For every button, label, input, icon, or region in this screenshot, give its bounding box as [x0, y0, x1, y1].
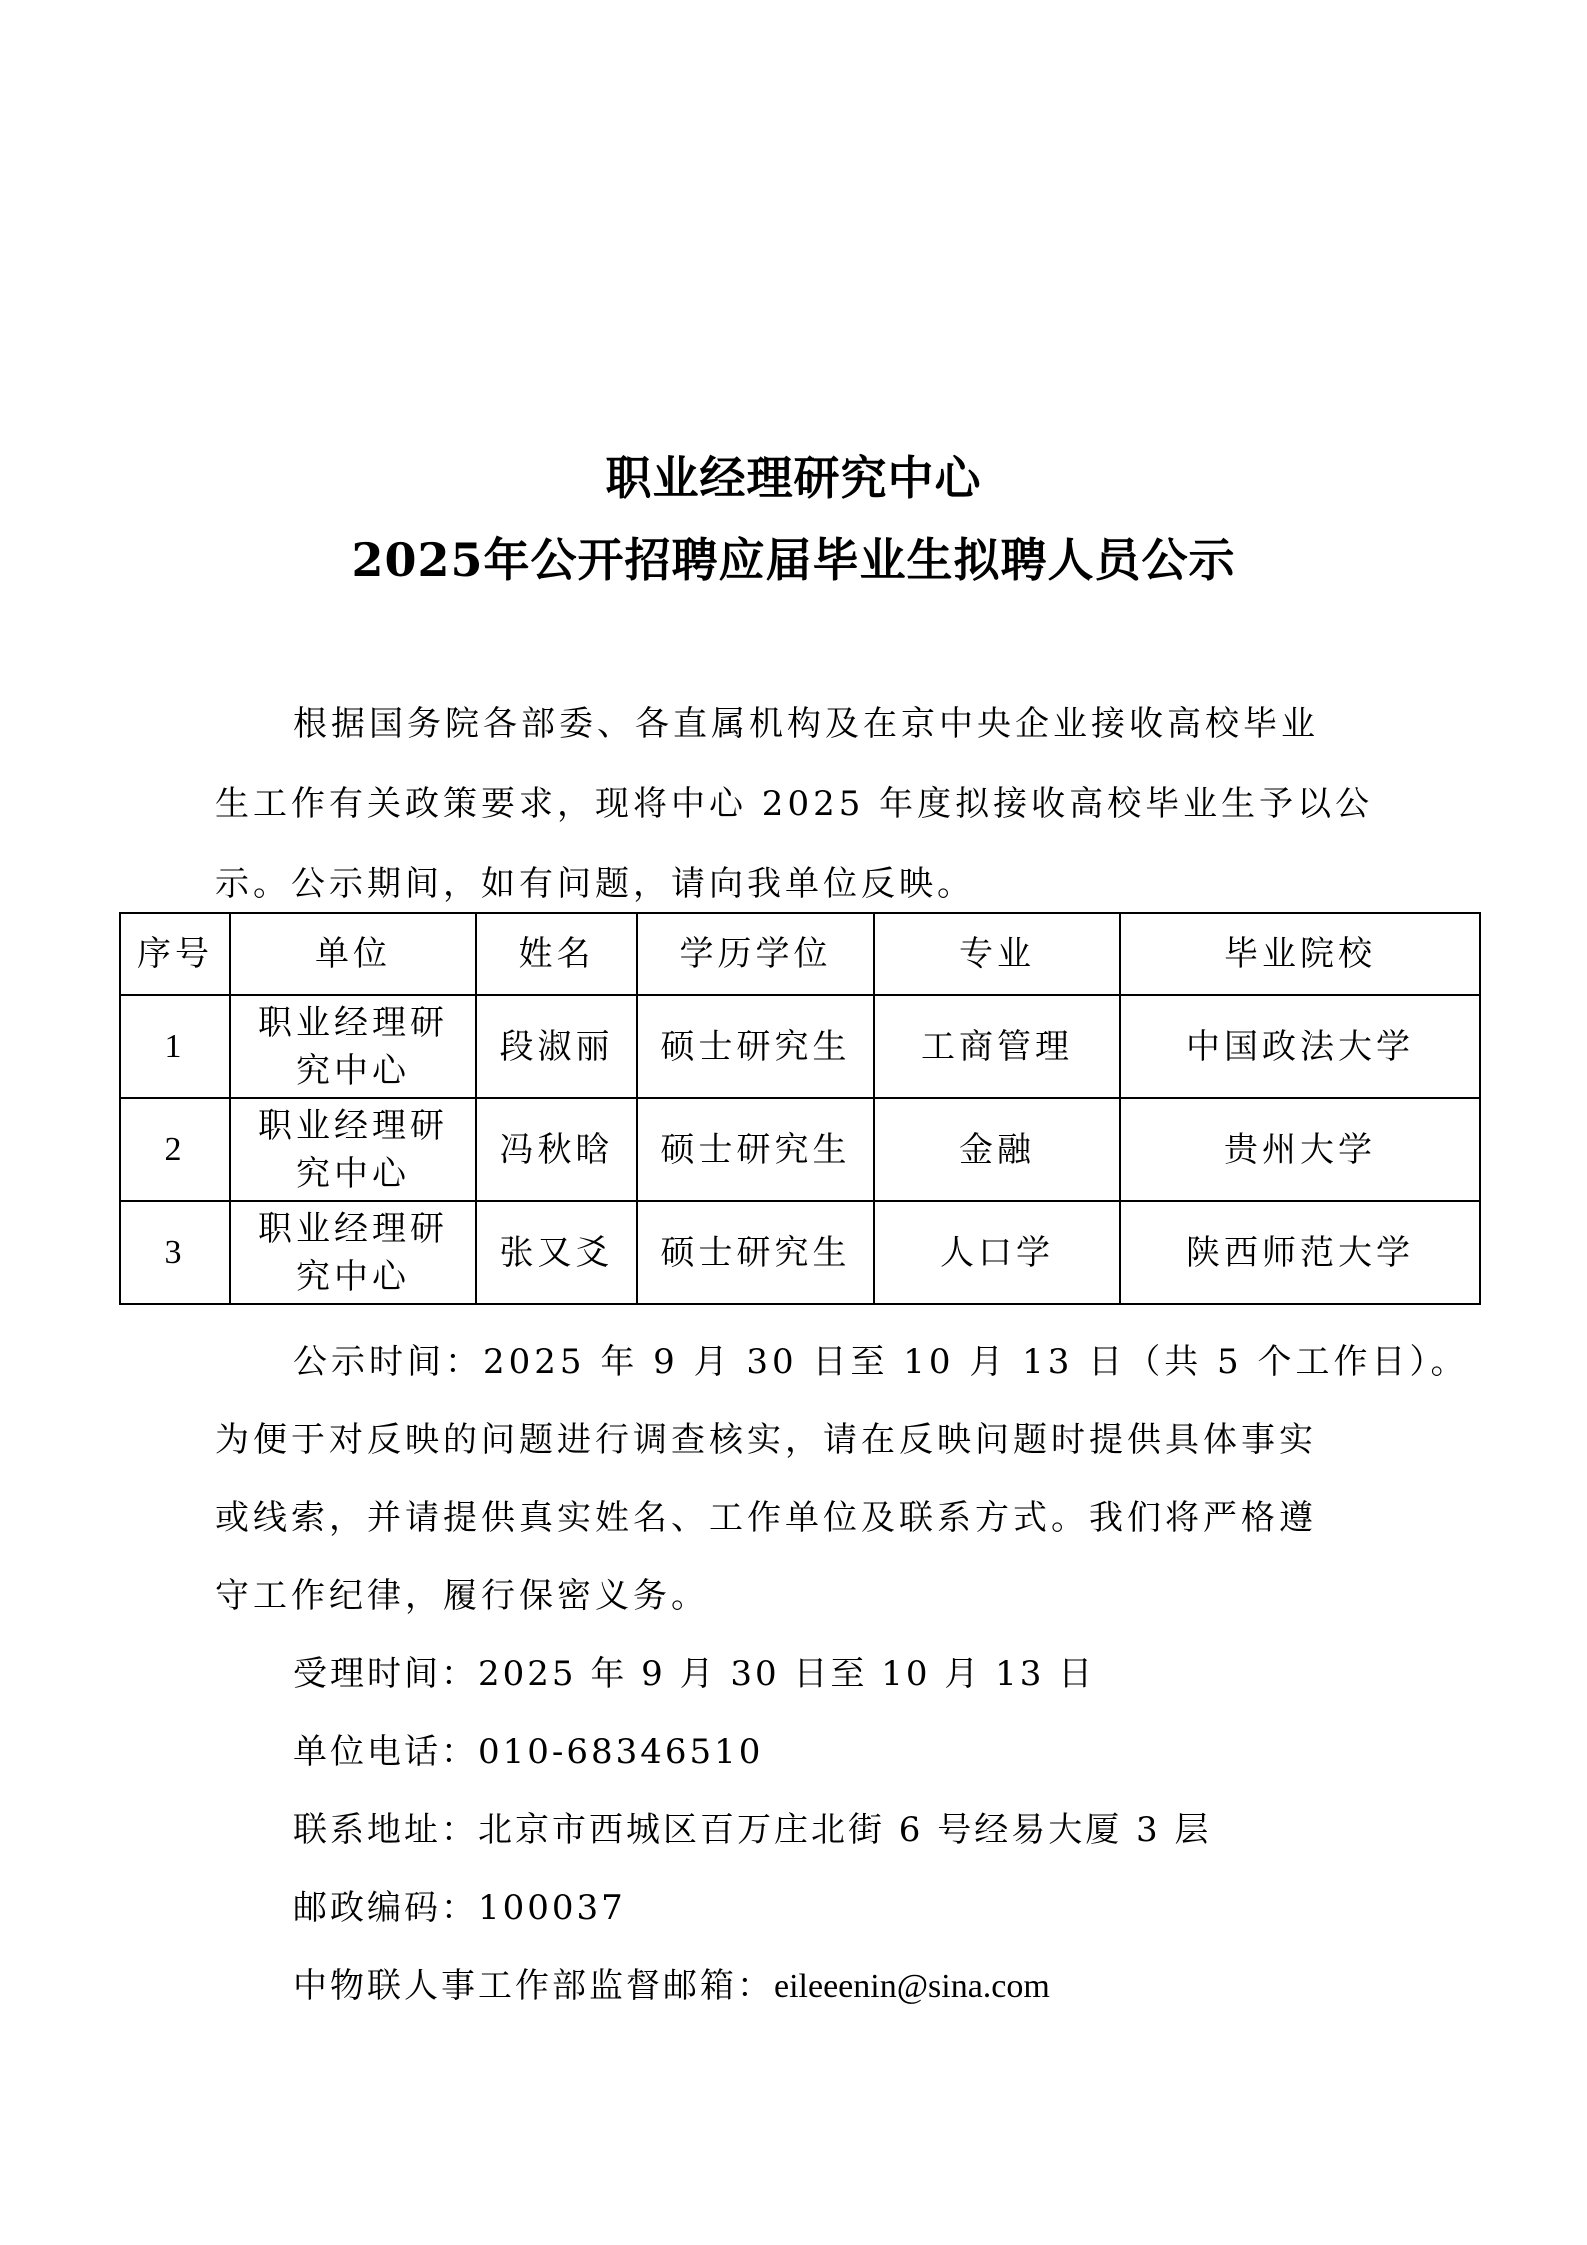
cell-unit: 职业经理研 究中心: [230, 995, 476, 1098]
cell-unit-line-2: 究中心: [237, 1253, 469, 1301]
header-unit: 单位: [230, 913, 476, 995]
table-header-row: 序号 单位 姓名 学历学位 专业 毕业院校: [120, 913, 1480, 995]
header-index: 序号: [120, 913, 230, 995]
notice-line-3: 或线索，并请提供真实姓名、工作单位及联系方式。我们将严格遵: [215, 1496, 1385, 1540]
document-title-org: 职业经理研究中心: [0, 448, 1587, 508]
cell-major: 金融: [874, 1098, 1120, 1201]
cell-index: 2: [120, 1098, 230, 1201]
cell-unit-line-1: 职业经理研: [237, 1102, 469, 1150]
header-degree: 学历学位: [637, 913, 874, 995]
cell-unit-line-2: 究中心: [237, 1150, 469, 1198]
cell-unit-line-1: 职业经理研: [237, 999, 469, 1047]
cell-unit-line-2: 究中心: [237, 1047, 469, 1095]
candidate-table: 序号 单位 姓名 学历学位 专业 毕业院校 1 职业经理研 究中心 段淑丽 硕士…: [119, 912, 1481, 1305]
cell-degree: 硕士研究生: [637, 995, 874, 1098]
cell-school: 贵州大学: [1120, 1098, 1480, 1201]
cell-name: 张又爻: [476, 1201, 637, 1304]
cell-major: 工商管理: [874, 995, 1120, 1098]
intro-line-3: 示。公示期间，如有问题，请向我单位反映。: [215, 862, 1385, 906]
header-school: 毕业院校: [1120, 913, 1480, 995]
postal-code: 邮政编码：100037: [293, 1886, 626, 1930]
document-title-notice: 2025年公开招聘应届毕业生拟聘人员公示: [0, 530, 1587, 590]
cell-index: 3: [120, 1201, 230, 1304]
cell-unit: 职业经理研 究中心: [230, 1098, 476, 1201]
header-name: 姓名: [476, 913, 637, 995]
supervision-email-link[interactable]: eileeenin@sina.com: [774, 1968, 1050, 2005]
cell-school: 中国政法大学: [1120, 995, 1480, 1098]
cell-major: 人口学: [874, 1201, 1120, 1304]
notice-line-2: 为便于对反映的问题进行调查核实，请在反映问题时提供具体事实: [215, 1418, 1385, 1462]
table-row: 3 职业经理研 究中心 张又爻 硕士研究生 人口学 陕西师范大学: [120, 1201, 1480, 1304]
cell-name: 段淑丽: [476, 995, 637, 1098]
table-row: 2 职业经理研 究中心 冯秋晗 硕士研究生 金融 贵州大学: [120, 1098, 1480, 1201]
notice-line-4: 守工作纪律，履行保密义务。: [215, 1574, 1385, 1618]
cell-name: 冯秋晗: [476, 1098, 637, 1201]
accept-time: 受理时间：2025 年 9 月 30 日至 10 月 13 日: [293, 1652, 1095, 1696]
supervision-email-label: 中物联人事工作部监督邮箱：: [293, 1966, 774, 2006]
cell-degree: 硕士研究生: [637, 1098, 874, 1201]
cell-unit: 职业经理研 究中心: [230, 1201, 476, 1304]
unit-phone: 单位电话：010-68346510: [293, 1730, 763, 1774]
intro-line-2: 生工作有关政策要求，现将中心 2025 年度拟接收高校毕业生予以公: [215, 782, 1385, 826]
cell-school: 陕西师范大学: [1120, 1201, 1480, 1304]
contact-address: 联系地址：北京市西城区百万庄北街 6 号经易大厦 3 层: [293, 1808, 1212, 1852]
table-row: 1 职业经理研 究中心 段淑丽 硕士研究生 工商管理 中国政法大学: [120, 995, 1480, 1098]
cell-unit-line-1: 职业经理研: [237, 1205, 469, 1253]
supervision-email-line: 中物联人事工作部监督邮箱：eileeenin@sina.com: [293, 1964, 1050, 2009]
document-page: 职业经理研究中心 2025年公开招聘应届毕业生拟聘人员公示 根据国务院各部委、各…: [0, 0, 1587, 2245]
notice-line-1: 公示时间：2025 年 9 月 30 日至 10 月 13 日（共 5 个工作日…: [293, 1340, 1463, 1384]
header-major: 专业: [874, 913, 1120, 995]
intro-line-1: 根据国务院各部委、各直属机构及在京中央企业接收高校毕业: [293, 702, 1463, 746]
cell-degree: 硕士研究生: [637, 1201, 874, 1304]
cell-index: 1: [120, 995, 230, 1098]
